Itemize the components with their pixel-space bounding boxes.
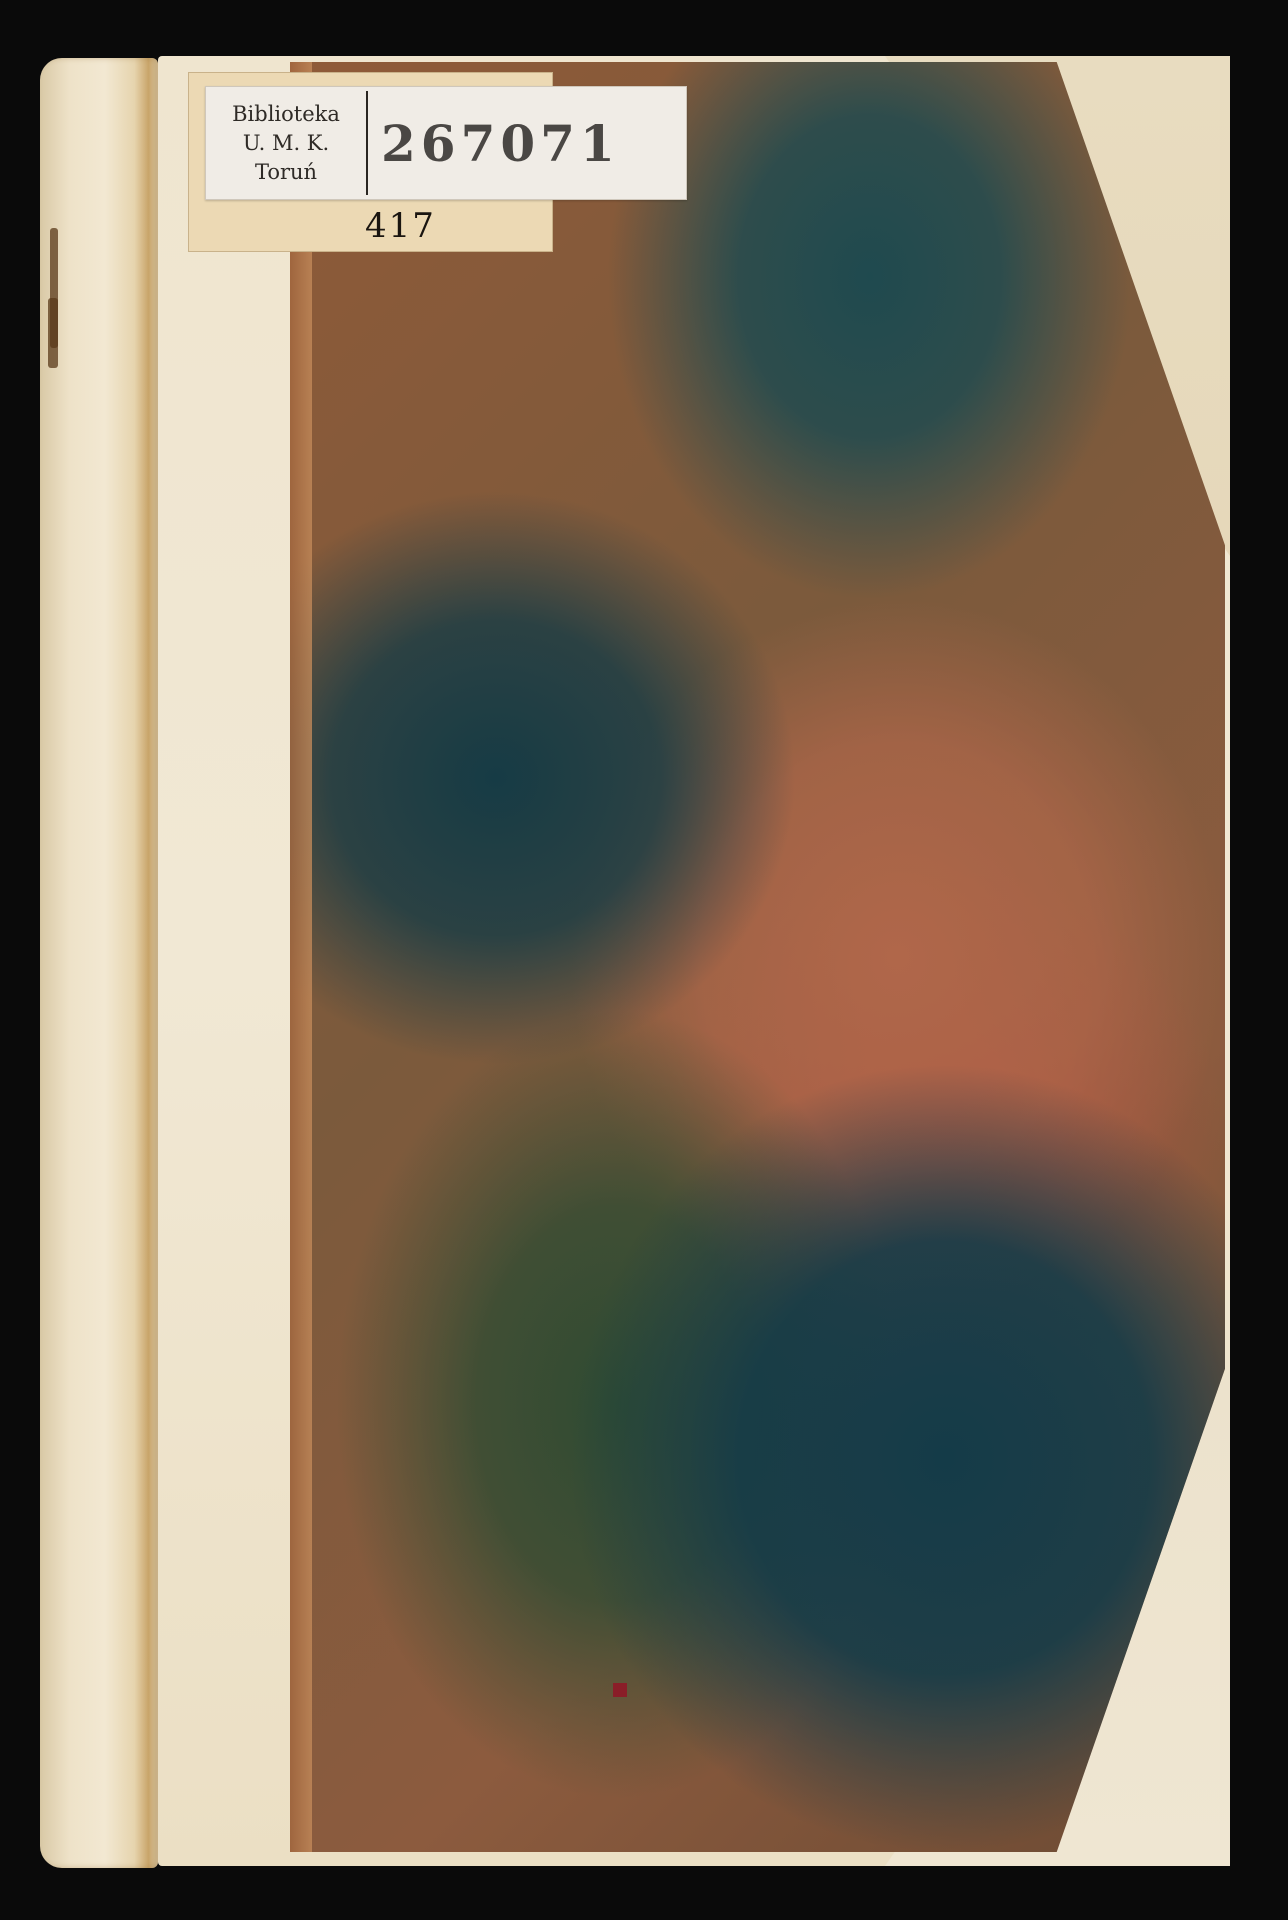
library-name: Biblioteka U. M. K. Toruń	[206, 87, 366, 199]
inventory-number: 267071	[381, 87, 620, 199]
board-edge	[290, 62, 312, 1852]
spine-title-mark	[48, 298, 58, 368]
red-stain	[613, 1683, 627, 1697]
library-label: Biblioteka U. M. K. Toruń 267071	[205, 86, 687, 200]
label-divider	[366, 91, 368, 195]
label-line-3: Toruń	[255, 158, 317, 187]
spine	[40, 58, 158, 1868]
handwritten-number: 417	[365, 206, 436, 246]
label-line-2: U. M. K.	[243, 129, 329, 158]
label-line-1: Biblioteka	[232, 100, 340, 129]
marbled-board	[290, 62, 1225, 1852]
book: 417 Biblioteka U. M. K. Toruń 267071	[40, 50, 1230, 1870]
